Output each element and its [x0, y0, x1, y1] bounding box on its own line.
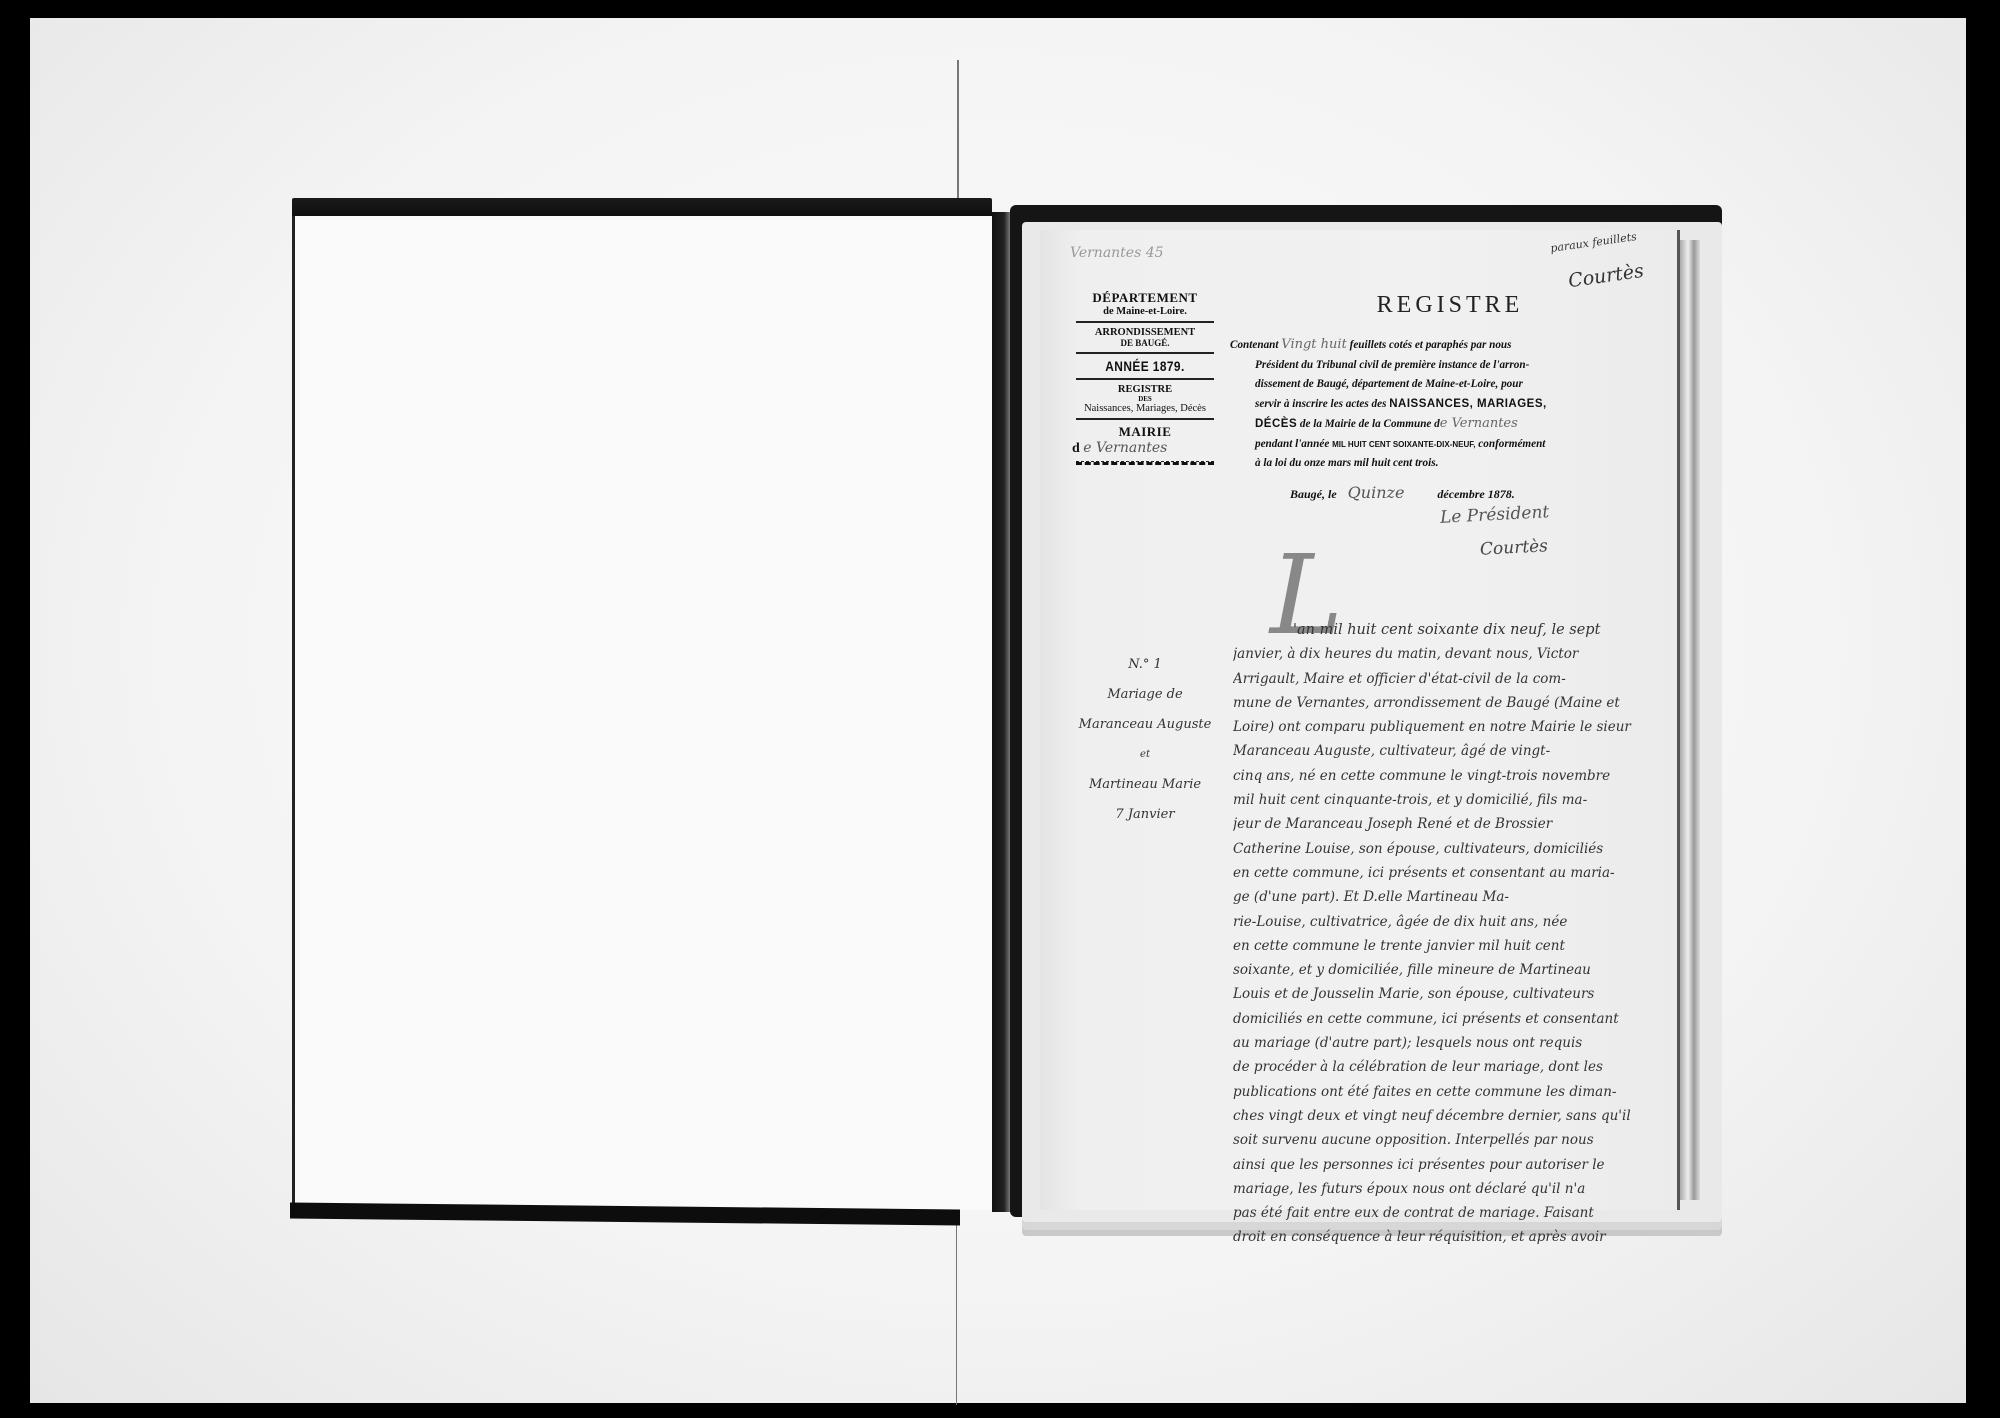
act-line: mil huit cent cinquante-trois, et y domi…	[1233, 788, 1673, 812]
cert-caps: NAISSANCES, MARIAGES,	[1389, 398, 1546, 410]
act-line: Arrigault, Maire et officier d'état-civi…	[1233, 667, 1673, 691]
margin-note: N.° 1 Mariage de Maranceau Auguste et Ma…	[1060, 650, 1230, 830]
act-line: soixante, et y domiciliée, fille mineure…	[1233, 958, 1673, 982]
margin-line: et	[1060, 740, 1230, 770]
cert-text: de la Mairie de la Commune d	[1300, 418, 1440, 430]
divider	[1076, 321, 1214, 323]
mairie-name-line: d e Vernantes	[1072, 440, 1220, 457]
act-line: au mariage (d'autre part); lesquels nous…	[1233, 1031, 1673, 1055]
act-line: Maranceau Auguste, cultivateur, âgé de v…	[1233, 739, 1673, 763]
president-signature: Courtès	[1480, 536, 1549, 560]
mairie-name-handwritten: e Vernantes	[1083, 440, 1167, 456]
margin-line: Mariage de	[1060, 680, 1230, 710]
act-line: en cette commune, ici présents et consen…	[1233, 861, 1673, 885]
act-line: Louis et de Jousselin Marie, son épouse,…	[1233, 982, 1673, 1006]
certification-text: Contenant Vingt huit feuillets cotés et …	[1230, 335, 1650, 474]
registre-label: REGISTRE	[1070, 384, 1220, 395]
divider	[1076, 418, 1214, 420]
cert-line: Contenant Vingt huit feuillets cotés et …	[1230, 335, 1650, 356]
cert-text: pendant l'année	[1255, 438, 1329, 450]
divider	[1076, 352, 1214, 354]
cert-prefix: Contenant	[1230, 339, 1279, 351]
act-line: ches vingt deux et vingt neuf décembre d…	[1233, 1104, 1673, 1128]
act-line: mune de Vernantes, arrondissement de Bau…	[1233, 691, 1673, 715]
registre-types: Naissances, Mariages, Décès	[1070, 403, 1220, 414]
marriage-act-text: 'an mil huit cent soixante dix neuf, le …	[1233, 618, 1673, 1250]
act-line: mariage, les futurs époux nous ont décla…	[1233, 1177, 1673, 1201]
arrondissement-label: ARRONDISSEMENT	[1070, 327, 1220, 338]
arrondissement-name: DE BAUGÉ.	[1070, 338, 1220, 348]
cert-caps: DÉCÈS	[1255, 418, 1297, 430]
act-line: publications ont été faites en cette com…	[1233, 1080, 1673, 1104]
divider	[1076, 461, 1214, 465]
right-page-torn-edge	[1680, 240, 1700, 1200]
cert-line: pendant l'année MIL HUIT CENT SOIXANTE-D…	[1230, 435, 1650, 455]
date-month-year: décembre 1878.	[1437, 487, 1514, 501]
cert-line: DÉCÈS de la Mairie de la Commune de Vern…	[1230, 414, 1650, 435]
cert-line: servir à inscrire les actes des NAISSANC…	[1230, 395, 1650, 415]
backdrop-seam-top	[957, 60, 959, 220]
act-line: cinq ans, né en cette commune le vingt-t…	[1233, 764, 1673, 788]
mairie-prefix: d	[1072, 441, 1080, 456]
cert-text: feuillets cotés et paraphés par nous	[1350, 339, 1512, 351]
cert-handwritten-commune: e Vernantes	[1440, 416, 1518, 431]
act-line: droit en conséquence à leur réquisition,…	[1233, 1225, 1673, 1249]
act-line: Catherine Louise, son épouse, cultivateu…	[1233, 837, 1673, 861]
date-day-handwritten: Quinze	[1340, 483, 1435, 502]
margin-bride: Martineau Marie	[1060, 770, 1230, 800]
act-line: de procéder à la célébration de leur mar…	[1233, 1055, 1673, 1079]
act-line: ge (d'une part). Et D.elle Martineau Ma-	[1233, 885, 1673, 909]
department-label: DÉPARTEMENT	[1070, 290, 1220, 306]
margin-groom: Maranceau Auguste	[1060, 710, 1230, 740]
act-line: janvier, à dix heures du matin, devant n…	[1233, 642, 1673, 666]
cert-line: Président du Tribunal civil de première …	[1230, 356, 1650, 376]
cert-line: à la loi du onze mars mil huit cent troi…	[1230, 454, 1650, 474]
registry-header-block: DÉPARTEMENT de Maine-et-Loire. ARRONDISS…	[1070, 290, 1220, 469]
act-line: jeur de Maranceau Joseph René et de Bros…	[1233, 812, 1673, 836]
act-line: domiciliés en cette commune, ici présent…	[1233, 1007, 1673, 1031]
divider	[1076, 378, 1214, 380]
act-number: N.° 1	[1060, 650, 1230, 680]
act-line: 'an mil huit cent soixante dix neuf, le …	[1233, 618, 1673, 642]
act-line: pas été fait entre eux de contrat de mar…	[1233, 1201, 1673, 1225]
date-line: Baugé, le Quinze décembre 1878.	[1290, 483, 1650, 502]
registre-des: DES	[1070, 395, 1220, 403]
left-page-blank	[292, 216, 995, 1210]
act-line: ainsi que les personnes ici présentes po…	[1233, 1153, 1673, 1177]
act-line: Loire) ont comparu publiquement en notre…	[1233, 715, 1673, 739]
backdrop-seam-bottom	[956, 1220, 957, 1405]
act-line: rie-Louise, cultivatrice, âgée de dix hu…	[1233, 910, 1673, 934]
year-label: ANNÉE 1879.	[1081, 358, 1209, 374]
cert-text: servir à inscrire les actes des	[1255, 398, 1386, 410]
margin-date: 7 Janvier	[1060, 800, 1230, 830]
act-line: soit survenu aucune opposition. Interpel…	[1233, 1128, 1673, 1152]
date-place: Baugé, le	[1290, 487, 1337, 501]
department-name: de Maine-et-Loire.	[1070, 306, 1220, 317]
pencil-annotation: Vernantes 45	[1070, 245, 1164, 261]
scan-frame: Vernantes 45 paraux feuillets Courtès DÉ…	[0, 0, 2000, 1418]
cert-text: conformément	[1478, 438, 1545, 450]
cert-line: dissement de Baugé, département de Maine…	[1230, 375, 1650, 395]
mairie-label: MAIRIE	[1070, 424, 1220, 440]
cert-smallcaps: MIL HUIT CENT SOIXANTE-DIX-NEUF,	[1332, 440, 1475, 449]
cert-handwritten-count: Vingt huit	[1281, 337, 1347, 352]
registre-title: REGISTRE	[1300, 292, 1600, 319]
act-line: en cette commune le trente janvier mil h…	[1233, 934, 1673, 958]
